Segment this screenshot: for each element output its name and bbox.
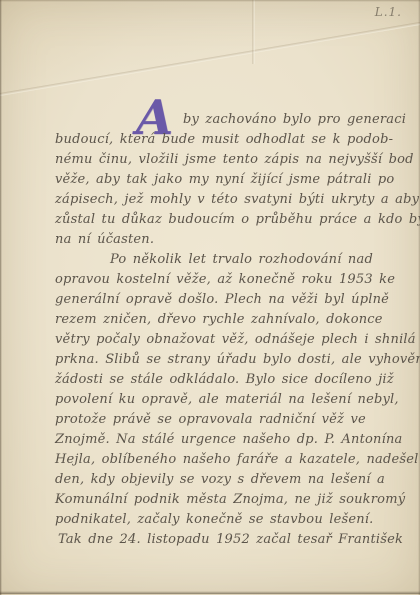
fold-crease-diagonal: [0, 19, 420, 97]
manuscript-line: generální opravě došlo. Plech na věži by…: [55, 290, 403, 310]
paper-edge-top: [0, 0, 420, 2]
manuscript-line: rezem zničen, dřevo rychle zahnívalo, do…: [55, 310, 403, 330]
manuscript-line: den, kdy objevily se vozy s dřevem na le…: [55, 470, 403, 490]
manuscript-line: by zachováno bylo pro generaci: [55, 110, 403, 130]
manuscript-line: Tak dne 24. listopadu 1952 začal tesař F…: [55, 530, 403, 550]
manuscript-line: povolení ku opravě, ale materiál na leše…: [55, 390, 403, 410]
manuscript-line: Znojmě. Na stálé urgence našeho dp. P. A…: [55, 430, 403, 450]
manuscript-line: věže, aby tak jako my nyní žijící jsme p…: [55, 170, 403, 190]
manuscript-line: prkna. Slibů se strany úřadu bylo dosti,…: [55, 350, 403, 370]
manuscript-line: opravou kostelní věže, až konečně roku 1…: [55, 270, 403, 290]
manuscript-line: zápisech, jež mohly v této svatyni býti …: [55, 190, 403, 210]
manuscript-line: budoucí, která bude musit odhodlat se k …: [55, 130, 403, 150]
paper-edge-bottom: [0, 591, 420, 594]
paper-edge-left: [0, 0, 2, 595]
manuscript-line: Komunální podnik města Znojma, ne již so…: [55, 490, 403, 510]
manuscript-line: větry počaly obnažovat věž, odnášeje ple…: [55, 330, 403, 350]
manuscript-line: žádosti se stále odkládalo. Bylo sice do…: [55, 370, 403, 390]
manuscript-line: nému činu, vložili jsme tento zápis na n…: [55, 150, 403, 170]
manuscript-line: zůstal tu důkaz budoucím o průběhu práce…: [55, 210, 403, 230]
manuscript-line: Po několik let trvalo rozhodování nad: [55, 250, 403, 270]
fold-crease-vertical: [252, 0, 255, 64]
manuscript-page: L.1. A by zachováno bylo pro generaci bu…: [0, 0, 420, 595]
manuscript-text-block: by zachováno bylo pro generaci budoucí, …: [55, 110, 403, 550]
manuscript-line: na ní účasten.: [55, 230, 403, 250]
page-number-pencil-mark: L.1.: [375, 5, 402, 19]
manuscript-line: podnikatel, začaly konečně se stavbou le…: [55, 510, 403, 530]
manuscript-line: Hejla, oblíbeného našeho faráře a kazate…: [55, 450, 403, 470]
manuscript-line: protože právě se opravovala radniční věž…: [55, 410, 403, 430]
